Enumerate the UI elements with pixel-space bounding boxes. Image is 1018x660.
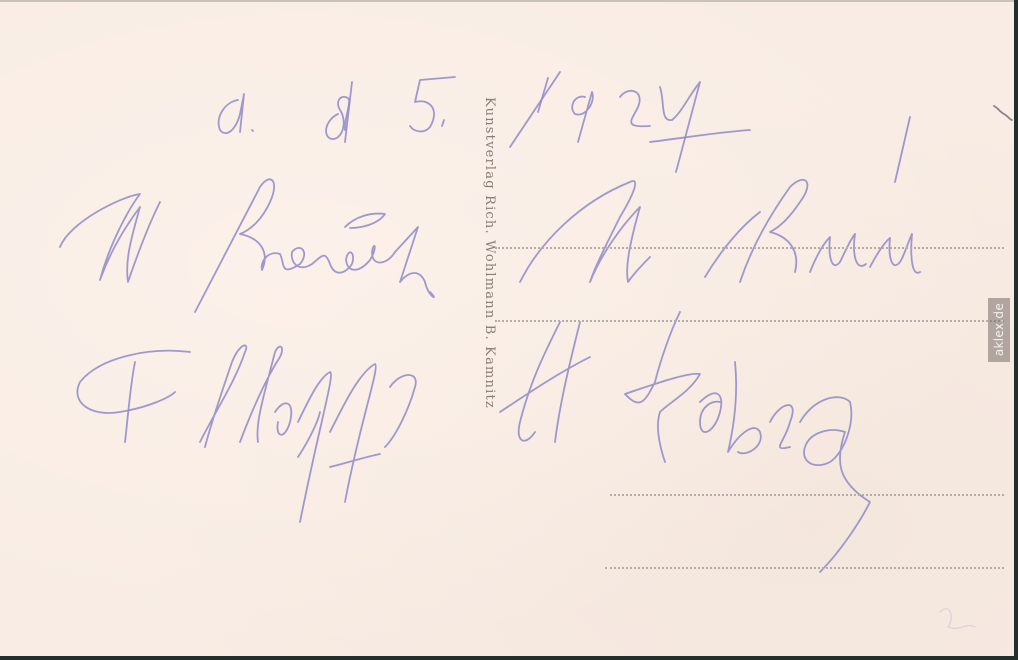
publisher-imprint: Kunstverlag Rich. Wohlmann B. Kamnitz: [482, 97, 497, 409]
handwritten-date: d. 8/5. 1927: [215, 82, 220, 83]
handwritten-name-right-2: H. Koba: [500, 322, 503, 323]
postcard-back: d. 8/5. 1927 M. Kreusch F. Wolff M. Kuhn…: [0, 0, 1014, 656]
address-line: [495, 247, 1004, 249]
handwritten-name-left-1: M. Kreusch: [60, 197, 65, 198]
scan-border-bottom: [0, 656, 1018, 660]
watermark-badge: aklex.de: [988, 298, 1010, 362]
scan-border-right: [1014, 0, 1018, 660]
watermark-text: aklex.de: [992, 303, 1006, 356]
address-line: [605, 567, 1004, 569]
address-line: [495, 320, 1004, 322]
handwritten-name-right-1: M. Kuhn: [520, 182, 524, 183]
handwriting-ink: [0, 2, 1018, 660]
handwritten-name-left-2: F. Wolff: [75, 342, 78, 343]
address-line: [610, 494, 1004, 496]
